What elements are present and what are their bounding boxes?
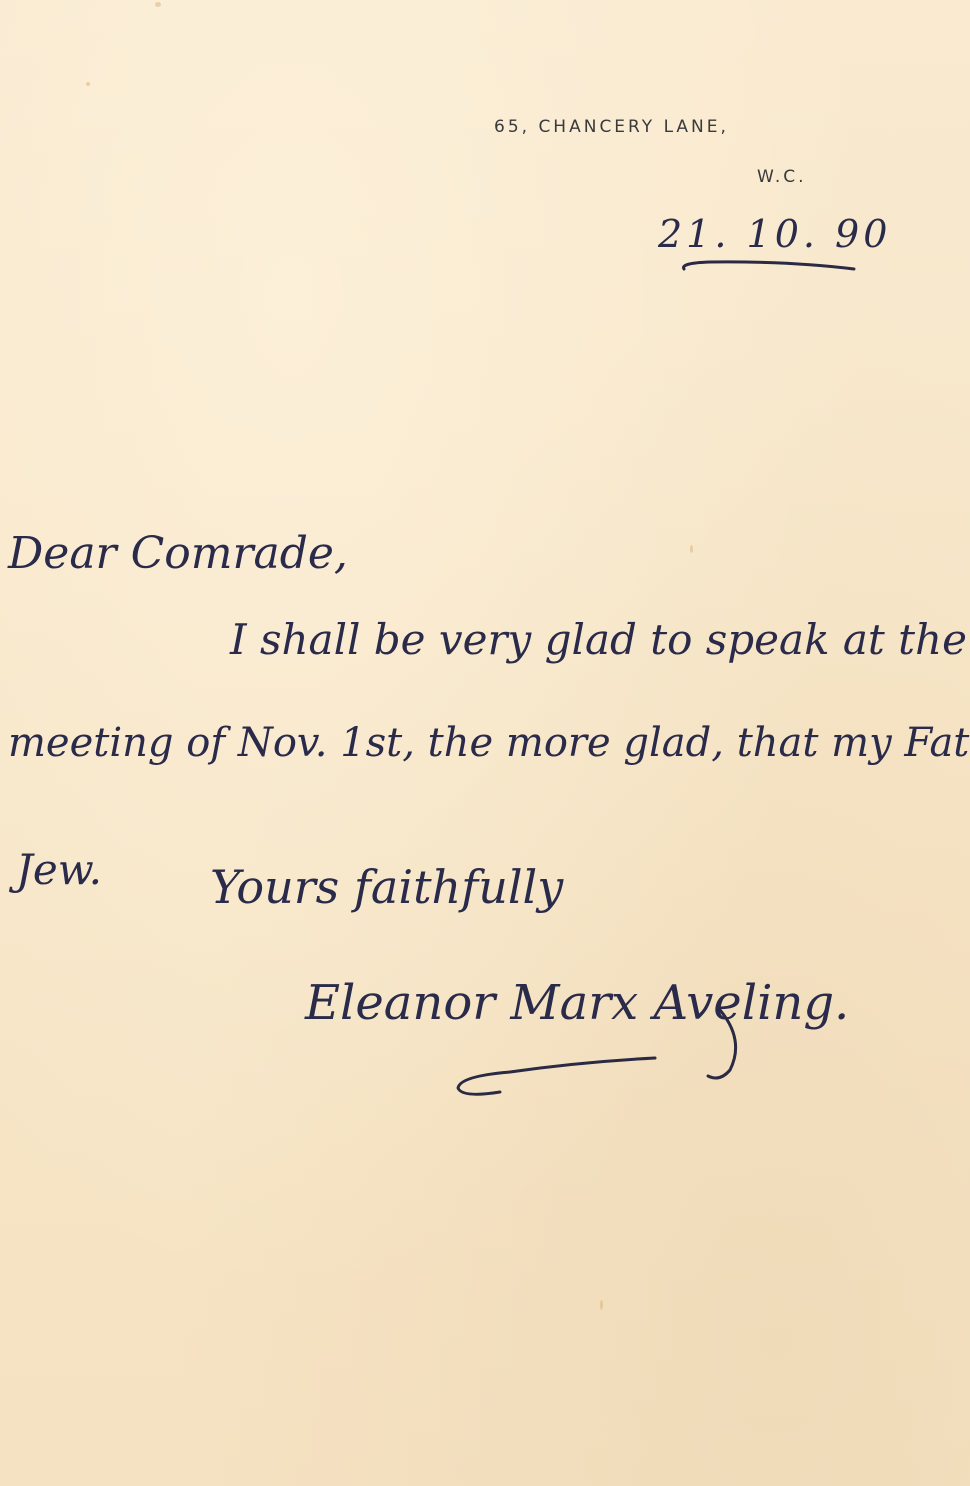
letterhead-district: W.C. — [757, 167, 807, 187]
letter-page: 65, CHANCERY LANE, W.C. 21. 10. 90 Dear … — [0, 0, 970, 1486]
paper-stain — [155, 2, 161, 7]
signature-flourish — [440, 1000, 760, 1110]
body-line-2: meeting of Nov. 1st, the more glad, that… — [8, 720, 970, 766]
closing: Yours faithfully — [210, 860, 563, 914]
letterhead-address: 65, CHANCERY LANE, — [494, 117, 729, 137]
letter-date: 21. 10. 90 — [658, 212, 891, 256]
body-line-1: I shall be very glad to speak at the — [230, 615, 967, 664]
paper-stain — [86, 82, 90, 86]
salutation: Dear Comrade, — [8, 528, 348, 579]
date-underline — [670, 255, 870, 285]
paper-stain — [600, 1300, 603, 1310]
paper-stain — [690, 545, 693, 553]
body-line-3: Jew. — [16, 845, 102, 894]
